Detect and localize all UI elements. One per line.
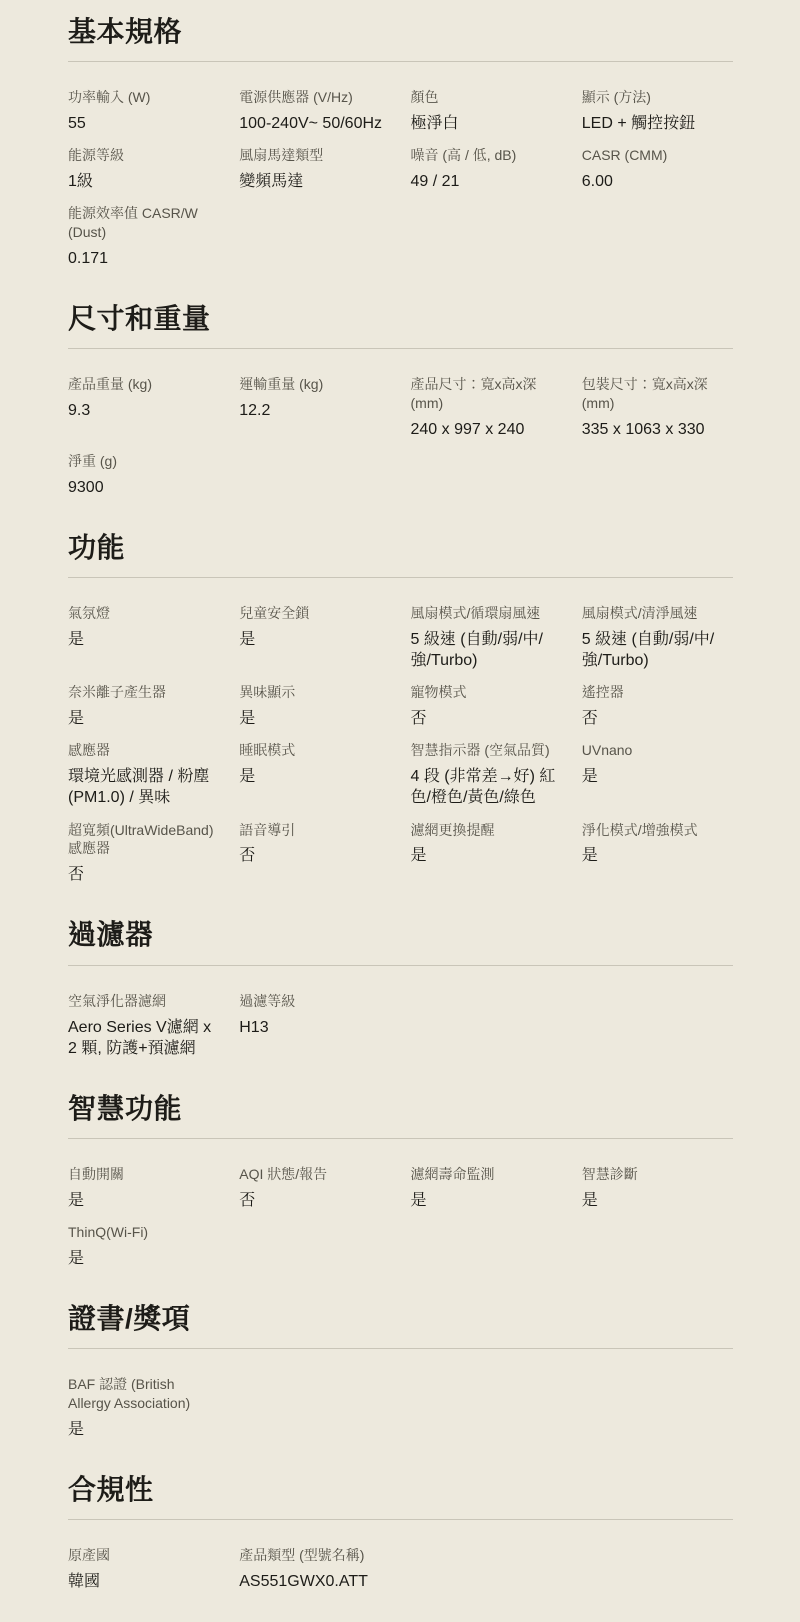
- spec-item: 產品類型 (型號名稱)AS551GWX0.ATT: [239, 1546, 390, 1592]
- spec-value: 否: [239, 1190, 390, 1211]
- spec-section: 功能氣氛燈是兒童安全鎖是風扇模式/循環扇風速5 級速 (自動/弱/中/強/Tur…: [68, 532, 733, 885]
- spec-value: 1級: [68, 171, 219, 192]
- spec-item: 自動開關是: [68, 1165, 219, 1211]
- spec-value: 是: [68, 1190, 219, 1211]
- spec-label: 異味顯示: [239, 683, 390, 702]
- section-title: 功能: [68, 532, 733, 564]
- spec-label: 顏色: [411, 88, 562, 107]
- spec-value: 環境光感測器 / 粉塵 (PM1.0) / 異味: [68, 766, 219, 808]
- spec-label: 奈米離子產生器: [68, 683, 219, 702]
- spec-label: 兒童安全鎖: [239, 604, 390, 623]
- spec-label: 過濾等級: [239, 992, 390, 1011]
- spec-value: 9300: [68, 477, 219, 498]
- spec-value: 49 / 21: [411, 171, 562, 192]
- spec-grid: 空氣淨化器濾網Aero Series V濾網 x 2 顆, 防護+預濾網過濾等級…: [68, 992, 733, 1059]
- spec-item: 濾網壽命監測是: [411, 1165, 562, 1211]
- spec-label: 自動開關: [68, 1165, 219, 1184]
- spec-label: 睡眠模式: [239, 741, 390, 760]
- spec-label: 產品類型 (型號名稱): [239, 1546, 390, 1565]
- spec-value: 否: [582, 708, 733, 729]
- spec-item: 產品尺寸：寬x高x深 (mm)240 x 997 x 240: [411, 375, 562, 440]
- spec-item: 氣氛燈是: [68, 604, 219, 650]
- spec-value: 是: [68, 1419, 219, 1440]
- spec-value: 是: [239, 708, 390, 729]
- section-divider: [68, 965, 733, 966]
- spec-item: 感應器環境光感測器 / 粉塵 (PM1.0) / 異味: [68, 741, 219, 808]
- spec-value: 55: [68, 113, 219, 134]
- spec-label: 電源供應器 (V/Hz): [239, 88, 390, 107]
- spec-section: 基本規格功率輸入 (W)55電源供應器 (V/Hz)100-240V~ 50/6…: [68, 16, 733, 269]
- spec-label: 風扇馬達類型: [239, 146, 390, 165]
- spec-label: BAF 認證 (British Allergy Association): [68, 1375, 219, 1413]
- spec-item: 風扇模式/清淨風速5 級速 (自動/弱/中/強/Turbo): [582, 604, 733, 671]
- spec-label: CASR (CMM): [582, 146, 733, 165]
- spec-item: 運輸重量 (kg)12.2: [239, 375, 390, 421]
- spec-grid: 氣氛燈是兒童安全鎖是風扇模式/循環扇風速5 級速 (自動/弱/中/強/Turbo…: [68, 604, 733, 885]
- spec-value: 4 段 (非常差→好) 紅色/橙色/黃色/綠色: [411, 766, 562, 808]
- spec-label: 遙控器: [582, 683, 733, 702]
- spec-label: 產品尺寸：寬x高x深 (mm): [411, 375, 562, 413]
- spec-value: 是: [239, 766, 390, 787]
- spec-label: 超寬頻(UltraWideBand) 感應器: [68, 821, 219, 859]
- spec-item: 產品重量 (kg)9.3: [68, 375, 219, 421]
- spec-item: 噪音 (高 / 低, dB)49 / 21: [411, 146, 562, 192]
- spec-value: 100-240V~ 50/60Hz: [239, 113, 390, 134]
- spec-value: 是: [582, 1190, 733, 1211]
- spec-label: 感應器: [68, 741, 219, 760]
- spec-item: 空氣淨化器濾網Aero Series V濾網 x 2 顆, 防護+預濾網: [68, 992, 219, 1059]
- spec-label: 空氣淨化器濾網: [68, 992, 219, 1011]
- spec-item: 原產國韓國: [68, 1546, 219, 1592]
- spec-value: 是: [411, 1190, 562, 1211]
- spec-value: 是: [68, 1248, 219, 1269]
- spec-item: 過濾等級H13: [239, 992, 390, 1038]
- section-title: 尺寸和重量: [68, 303, 733, 335]
- section-divider: [68, 348, 733, 349]
- spec-label: 包裝尺寸：寬x高x深 (mm): [582, 375, 733, 413]
- spec-grid: 原產國韓國產品類型 (型號名稱)AS551GWX0.ATT: [68, 1546, 733, 1592]
- spec-grid: 功率輸入 (W)55電源供應器 (V/Hz)100-240V~ 50/60Hz顏…: [68, 88, 733, 269]
- spec-value: 是: [68, 629, 219, 650]
- spec-value: LED + 觸控按鈕: [582, 113, 733, 134]
- spec-section: 證書/獎項BAF 認證 (British Allergy Association…: [68, 1303, 733, 1440]
- section-title: 過濾器: [68, 919, 733, 951]
- spec-value: 9.3: [68, 400, 219, 421]
- spec-label: 風扇模式/循環扇風速: [411, 604, 562, 623]
- spec-value: 否: [411, 708, 562, 729]
- section-title: 智慧功能: [68, 1093, 733, 1125]
- spec-value: 是: [68, 708, 219, 729]
- spec-label: 淨化模式/增強模式: [582, 821, 733, 840]
- spec-section: 尺寸和重量產品重量 (kg)9.3運輸重量 (kg)12.2產品尺寸：寬x高x深…: [68, 303, 733, 498]
- spec-label: 濾網更換提醒: [411, 821, 562, 840]
- section-divider: [68, 1519, 733, 1520]
- spec-label: 語音導引: [239, 821, 390, 840]
- spec-label: UVnano: [582, 741, 733, 760]
- spec-item: AQI 狀態/報告否: [239, 1165, 390, 1211]
- spec-item: UVnano是: [582, 741, 733, 787]
- section-title: 基本規格: [68, 16, 733, 48]
- spec-value: 5 級速 (自動/弱/中/強/Turbo): [582, 629, 733, 671]
- spec-label: 淨重 (g): [68, 452, 219, 471]
- spec-value: 否: [239, 845, 390, 866]
- spec-item: 淨重 (g)9300: [68, 452, 219, 498]
- spec-label: ThinQ(Wi-Fi): [68, 1223, 219, 1242]
- spec-item: 睡眠模式是: [239, 741, 390, 787]
- section-title: 證書/獎項: [68, 1303, 733, 1335]
- spec-value: 極淨白: [411, 113, 562, 134]
- spec-grid: 自動開關是AQI 狀態/報告否濾網壽命監測是智慧診斷是ThinQ(Wi-Fi)是: [68, 1165, 733, 1269]
- spec-item: 風扇馬達類型變頻馬達: [239, 146, 390, 192]
- spec-item: 遙控器否: [582, 683, 733, 729]
- spec-section: 合規性原產國韓國產品類型 (型號名稱)AS551GWX0.ATT: [68, 1474, 733, 1592]
- spec-value: 韓國: [68, 1571, 219, 1592]
- spec-label: 智慧診斷: [582, 1165, 733, 1184]
- spec-value: 變頻馬達: [239, 171, 390, 192]
- spec-label: 氣氛燈: [68, 604, 219, 623]
- spec-value: 6.00: [582, 171, 733, 192]
- section-title: 合規性: [68, 1474, 733, 1506]
- spec-item: 能源等級1級: [68, 146, 219, 192]
- spec-item: 淨化模式/增強模式是: [582, 821, 733, 867]
- spec-item: 顯示 (方法)LED + 觸控按鈕: [582, 88, 733, 134]
- spec-item: 異味顯示是: [239, 683, 390, 729]
- spec-value: 335 x 1063 x 330: [582, 419, 733, 440]
- spec-item: 包裝尺寸：寬x高x深 (mm)335 x 1063 x 330: [582, 375, 733, 440]
- spec-label: 寵物模式: [411, 683, 562, 702]
- spec-item: 智慧指示器 (空氣品質)4 段 (非常差→好) 紅色/橙色/黃色/綠色: [411, 741, 562, 808]
- spec-label: 濾網壽命監測: [411, 1165, 562, 1184]
- spec-label: AQI 狀態/報告: [239, 1165, 390, 1184]
- spec-value: H13: [239, 1017, 390, 1038]
- spec-label: 功率輸入 (W): [68, 88, 219, 107]
- spec-item: 濾網更換提醒是: [411, 821, 562, 867]
- product-spec-page: 基本規格功率輸入 (W)55電源供應器 (V/Hz)100-240V~ 50/6…: [0, 0, 800, 1622]
- spec-item: 超寬頻(UltraWideBand) 感應器否: [68, 821, 219, 886]
- spec-value: 是: [239, 629, 390, 650]
- spec-label: 能源等級: [68, 146, 219, 165]
- spec-value: Aero Series V濾網 x 2 顆, 防護+預濾網: [68, 1017, 219, 1059]
- spec-item: CASR (CMM)6.00: [582, 146, 733, 192]
- spec-grid: BAF 認證 (British Allergy Association)是: [68, 1375, 733, 1440]
- spec-item: 功率輸入 (W)55: [68, 88, 219, 134]
- spec-item: 電源供應器 (V/Hz)100-240V~ 50/60Hz: [239, 88, 390, 134]
- spec-item: 語音導引否: [239, 821, 390, 867]
- spec-item: 能源效率值 CASR/W (Dust)0.171: [68, 204, 219, 269]
- spec-value: 是: [582, 845, 733, 866]
- spec-value: 12.2: [239, 400, 390, 421]
- spec-label: 原產國: [68, 1546, 219, 1565]
- section-divider: [68, 577, 733, 578]
- spec-value: 5 級速 (自動/弱/中/強/Turbo): [411, 629, 562, 671]
- spec-item: 風扇模式/循環扇風速5 級速 (自動/弱/中/強/Turbo): [411, 604, 562, 671]
- spec-item: 顏色極淨白: [411, 88, 562, 134]
- spec-label: 能源效率值 CASR/W (Dust): [68, 204, 219, 242]
- spec-label: 噪音 (高 / 低, dB): [411, 146, 562, 165]
- spec-value: 240 x 997 x 240: [411, 419, 562, 440]
- spec-label: 智慧指示器 (空氣品質): [411, 741, 562, 760]
- section-divider: [68, 1138, 733, 1139]
- spec-item: ThinQ(Wi-Fi)是: [68, 1223, 219, 1269]
- spec-label: 風扇模式/清淨風速: [582, 604, 733, 623]
- spec-section: 過濾器空氣淨化器濾網Aero Series V濾網 x 2 顆, 防護+預濾網過…: [68, 919, 733, 1058]
- spec-item: BAF 認證 (British Allergy Association)是: [68, 1375, 219, 1440]
- spec-value: 是: [582, 766, 733, 787]
- spec-section: 智慧功能自動開關是AQI 狀態/報告否濾網壽命監測是智慧診斷是ThinQ(Wi-…: [68, 1093, 733, 1269]
- spec-grid: 產品重量 (kg)9.3運輸重量 (kg)12.2產品尺寸：寬x高x深 (mm)…: [68, 375, 733, 498]
- section-divider: [68, 61, 733, 62]
- spec-item: 奈米離子產生器是: [68, 683, 219, 729]
- spec-label: 運輸重量 (kg): [239, 375, 390, 394]
- spec-value: 否: [68, 864, 219, 885]
- spec-item: 智慧診斷是: [582, 1165, 733, 1211]
- section-divider: [68, 1348, 733, 1349]
- spec-item: 兒童安全鎖是: [239, 604, 390, 650]
- spec-value: 0.171: [68, 248, 219, 269]
- spec-value: AS551GWX0.ATT: [239, 1571, 390, 1592]
- spec-item: 寵物模式否: [411, 683, 562, 729]
- spec-value: 是: [411, 845, 562, 866]
- spec-label: 顯示 (方法): [582, 88, 733, 107]
- spec-label: 產品重量 (kg): [68, 375, 219, 394]
